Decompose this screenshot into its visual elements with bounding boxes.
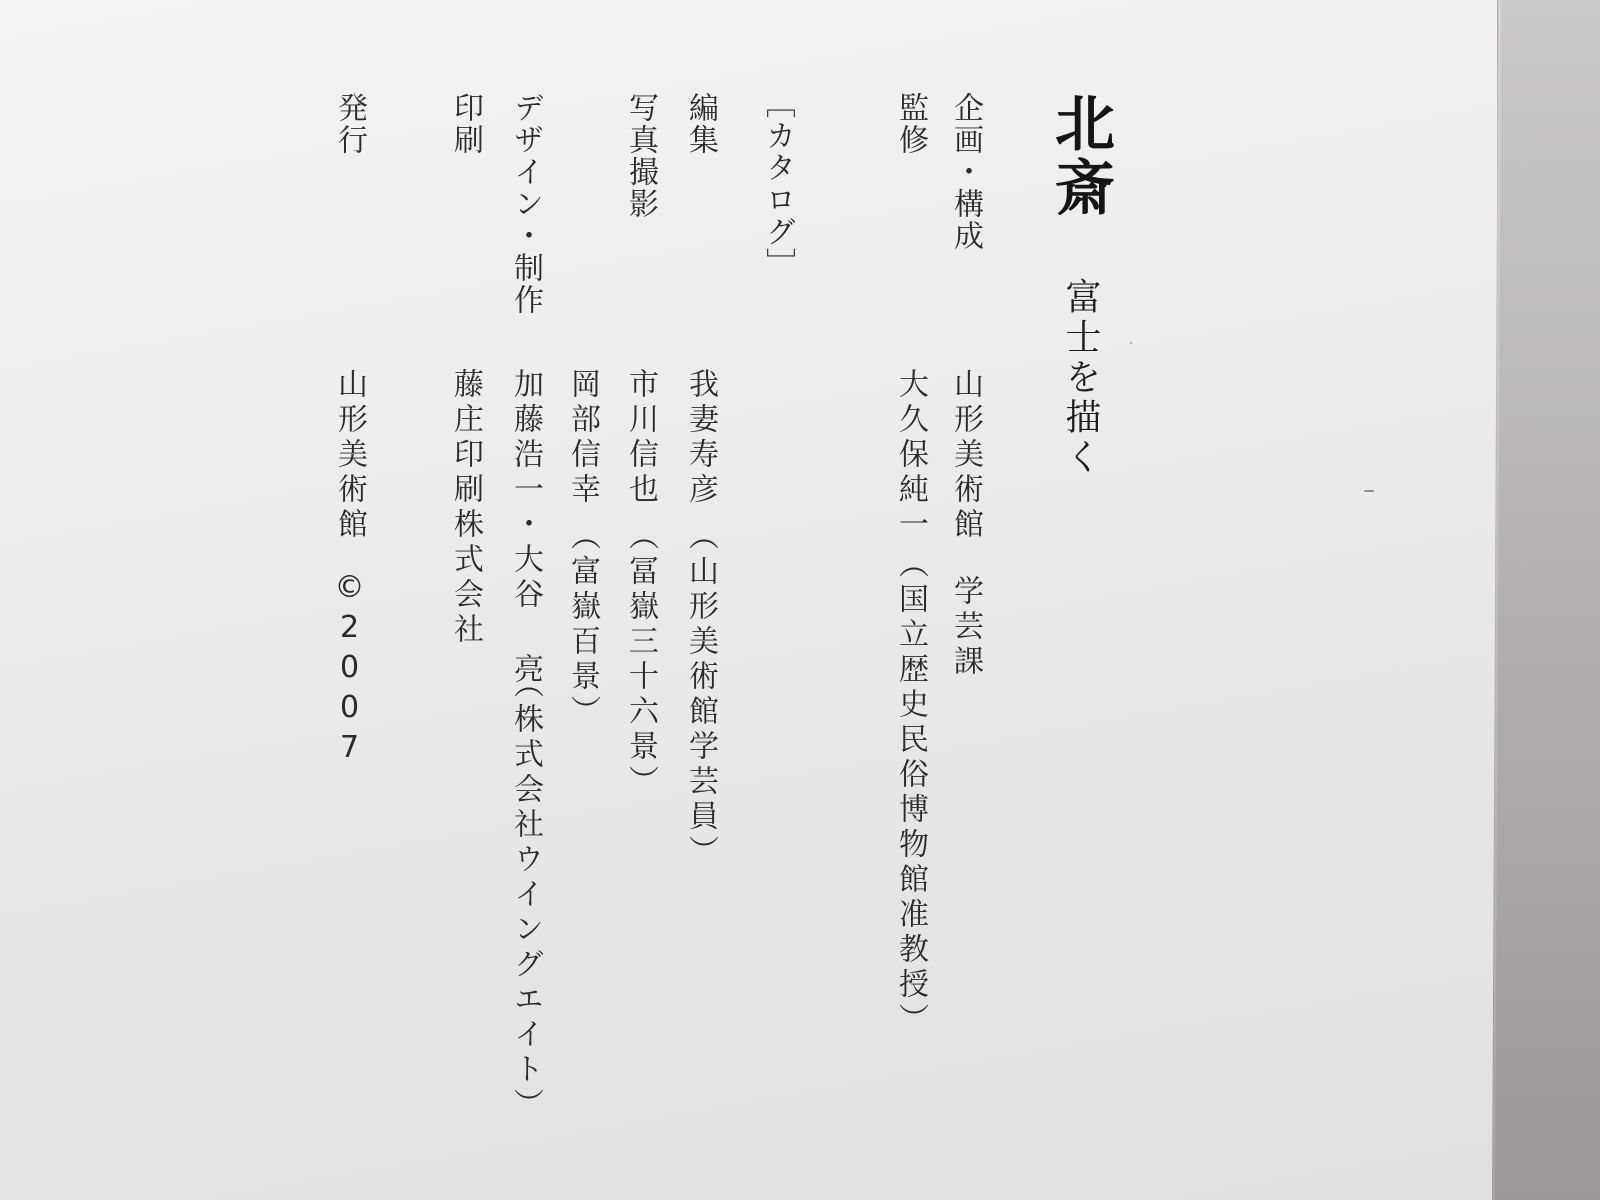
credit-role-supervision: 監修	[895, 92, 925, 156]
section-heading-catalog: ［カタログ］	[762, 88, 792, 280]
credit-name-photography-1: 市川信也	[625, 368, 655, 508]
book-subtitle: 富士を描く	[1062, 278, 1098, 478]
credit-name-publisher: 山形美術館	[334, 368, 364, 543]
colophon-page	[0, 0, 1497, 1200]
credit-role-planning: 企画・構成	[950, 92, 980, 252]
credit-affiliation-editing: （山形美術館学芸員）	[685, 520, 715, 870]
credit-role-printing: 印刷	[450, 92, 480, 156]
credit-role-editing: 編集	[685, 92, 715, 156]
credit-affiliation-photography-2: （富嶽百景）	[567, 520, 597, 730]
book-title: 北斎	[1050, 92, 1110, 220]
credit-name-photography-2: 岡部信幸	[567, 368, 597, 508]
credit-name-design: 加藤浩一・大谷 亮	[510, 368, 540, 688]
paper-speck	[1364, 490, 1374, 492]
paper-speck	[1130, 342, 1132, 344]
credit-affiliation-planning: 学芸課	[950, 575, 980, 680]
credit-affiliation-supervision: （国立歴史民俗博物館准教授）	[895, 548, 925, 1038]
credit-affiliation-photography-1: （冨嶽三十六景）	[625, 520, 655, 800]
credit-role-photography: 写真撮影	[625, 92, 655, 220]
credit-name-printing: 藤庄印刷株式会社	[450, 368, 480, 648]
credit-affiliation-design: （株式会社ウイングエイト）	[510, 668, 540, 1123]
copyright-notice: ©2007	[334, 570, 364, 770]
credit-name-supervision: 大久保純一	[895, 368, 925, 543]
credit-role-design: デザイン・制作	[510, 92, 540, 316]
credit-name-editing: 我妻寿彦	[685, 368, 715, 508]
credit-name-planning: 山形美術館	[950, 368, 980, 543]
credit-role-publisher: 発行	[334, 92, 364, 156]
